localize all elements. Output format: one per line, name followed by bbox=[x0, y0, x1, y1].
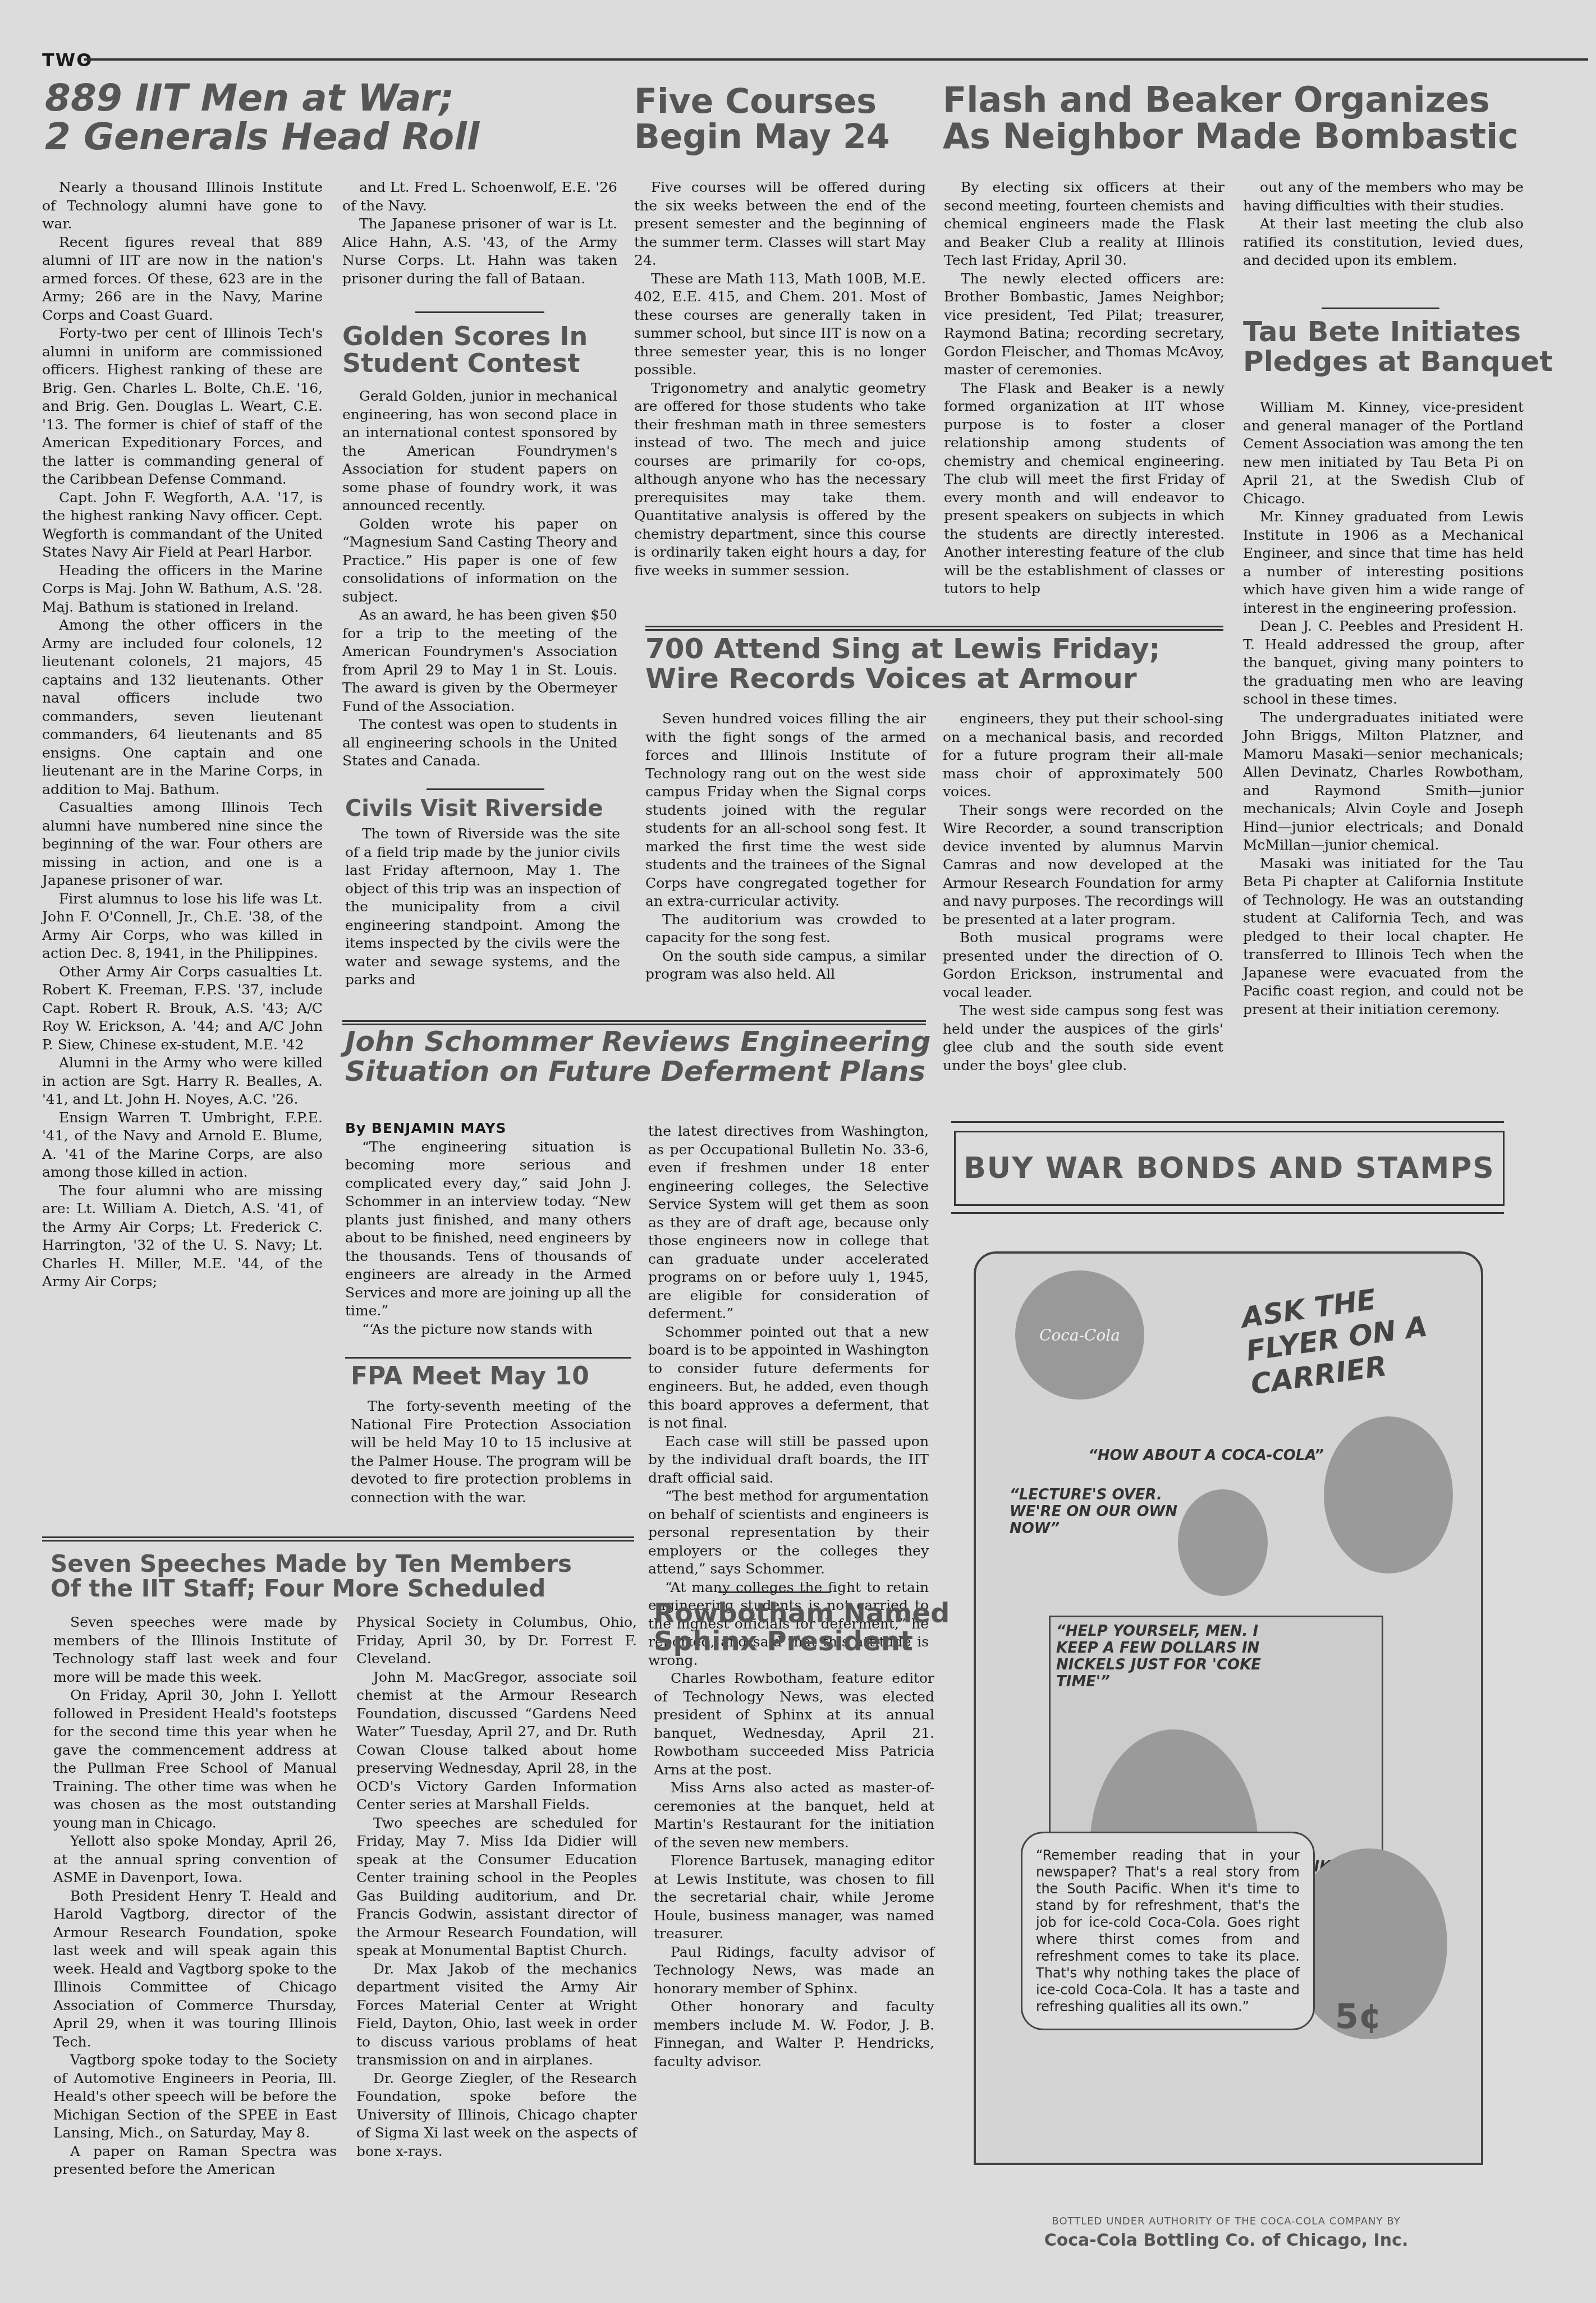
headline-schommer: John Schommer Reviews Engineering Situat… bbox=[345, 1027, 931, 1086]
ad-bottler-authority: BOTTLED UNDER AUTHORITY OF THE COCA-COLA… bbox=[974, 2215, 1479, 2227]
pilot-illustration bbox=[1324, 1416, 1453, 1573]
headline-tau-bete: Tau Bete Initiates Pledges at Banquet bbox=[1243, 317, 1553, 376]
divider bbox=[1322, 308, 1439, 309]
article-five-courses: Five courses will be offered during the … bbox=[634, 178, 926, 580]
headline-seven-speeches: Seven Speeches Made by Ten Members Of th… bbox=[51, 1552, 572, 1601]
byline: By BENJAMIN MAYS bbox=[345, 1120, 631, 1138]
headline-civils-visit: Civils Visit Riverside bbox=[345, 797, 603, 820]
article-fpa-meet: The forty-seventh meeting of the Nationa… bbox=[351, 1397, 631, 1507]
article-sing-col1: Seven hundred voices filling the air wit… bbox=[645, 710, 926, 984]
article-flask-beaker-col2: out any of the members who may be having… bbox=[1243, 178, 1524, 270]
headline-golden-scores: Golden Scores In Student Contest bbox=[342, 323, 588, 377]
divider-double bbox=[342, 1020, 926, 1025]
headline-sing-at-lewis: 700 Attend Sing at Lewis Friday; Wire Re… bbox=[645, 634, 1161, 693]
divider bbox=[345, 1357, 631, 1359]
ad-price: 5¢ bbox=[1335, 1997, 1382, 2036]
newspaper-page: TWO 889 IIT Men at War; 2 Generals Head … bbox=[0, 0, 1596, 2303]
article-men-at-war-col1: Nearly a thousand Illinois Institute of … bbox=[42, 178, 323, 1291]
headline-men-at-war: 889 IIT Men at War; 2 Generals Head Roll bbox=[45, 79, 479, 157]
coca-cola-bottlecap-icon: Coca-Cola bbox=[1015, 1270, 1144, 1400]
article-men-at-war-col2: and Lt. Fred L. Schoenwolf, E.E. '26 of … bbox=[342, 178, 617, 288]
article-golden-scores: Gerald Golden, junior in mechanical engi… bbox=[342, 387, 617, 770]
ad-quote-1: “HOW ABOUT A COCA-COLA” bbox=[1088, 1447, 1324, 1464]
divider bbox=[951, 1212, 1504, 1214]
divider-double bbox=[645, 626, 1223, 631]
crewman-illustration bbox=[1178, 1489, 1268, 1596]
headline-fpa-meet: FPA Meet May 10 bbox=[351, 1364, 589, 1389]
divider-double bbox=[42, 1536, 634, 1542]
ad-quote-2: “LECTURE'S OVER. WE'RE ON OUR OWN NOW” bbox=[1010, 1487, 1178, 1537]
article-seven-speeches-col1: Seven speeches were made by members of t… bbox=[53, 1613, 337, 2179]
headline-rowbotham: Rowbotham Named Sphinx President bbox=[654, 1599, 950, 1656]
article-civils-visit: The town of Riverside was the site of a … bbox=[345, 825, 620, 989]
ad-body-copy: “Remember reading that in your newspaper… bbox=[1021, 1832, 1315, 2030]
headline-flask-beaker: Flash and Beaker Organizes As Neighbor M… bbox=[943, 81, 1519, 154]
divider bbox=[718, 1591, 831, 1593]
divider bbox=[951, 1121, 1504, 1123]
article-schommer-col2: the latest directives from Washington, a… bbox=[648, 1122, 929, 1669]
coca-cola-advertisement: Coca-Cola ASK THE FLYER ON A CARRIER “HO… bbox=[974, 1251, 1483, 2165]
folio-rule bbox=[84, 58, 1588, 61]
article-schommer-col1: By BENJAMIN MAYS “The engineering situat… bbox=[345, 1120, 631, 1338]
ad-bottler-name: Coca-Cola Bottling Co. of Chicago, Inc. bbox=[974, 2231, 1479, 2250]
ad-headline: ASK THE FLYER ON A CARRIER bbox=[1240, 1269, 1487, 1402]
article-sing-col2: engineers, they put their school-sing on… bbox=[943, 710, 1223, 1075]
article-seven-speeches-col2: Physical Society in Columbus, Ohio, Frid… bbox=[356, 1613, 637, 2160]
ad-quote-3: “HELP YOURSELF, MEN. I KEEP A FEW DOLLAR… bbox=[1056, 1623, 1269, 1690]
article-tau-bete: William M. Kinney, vice-president and ge… bbox=[1243, 398, 1524, 1019]
divider bbox=[426, 788, 544, 790]
headline-five-courses: Five Courses Begin May 24 bbox=[634, 84, 889, 155]
article-rowbotham: Charles Rowbotham, feature editor of Tec… bbox=[654, 1669, 934, 2071]
article-flask-beaker-col1: By electing six officers at their second… bbox=[944, 178, 1224, 598]
war-bonds-banner: BUY WAR BONDS AND STAMPS bbox=[954, 1131, 1505, 1206]
divider bbox=[415, 311, 544, 313]
